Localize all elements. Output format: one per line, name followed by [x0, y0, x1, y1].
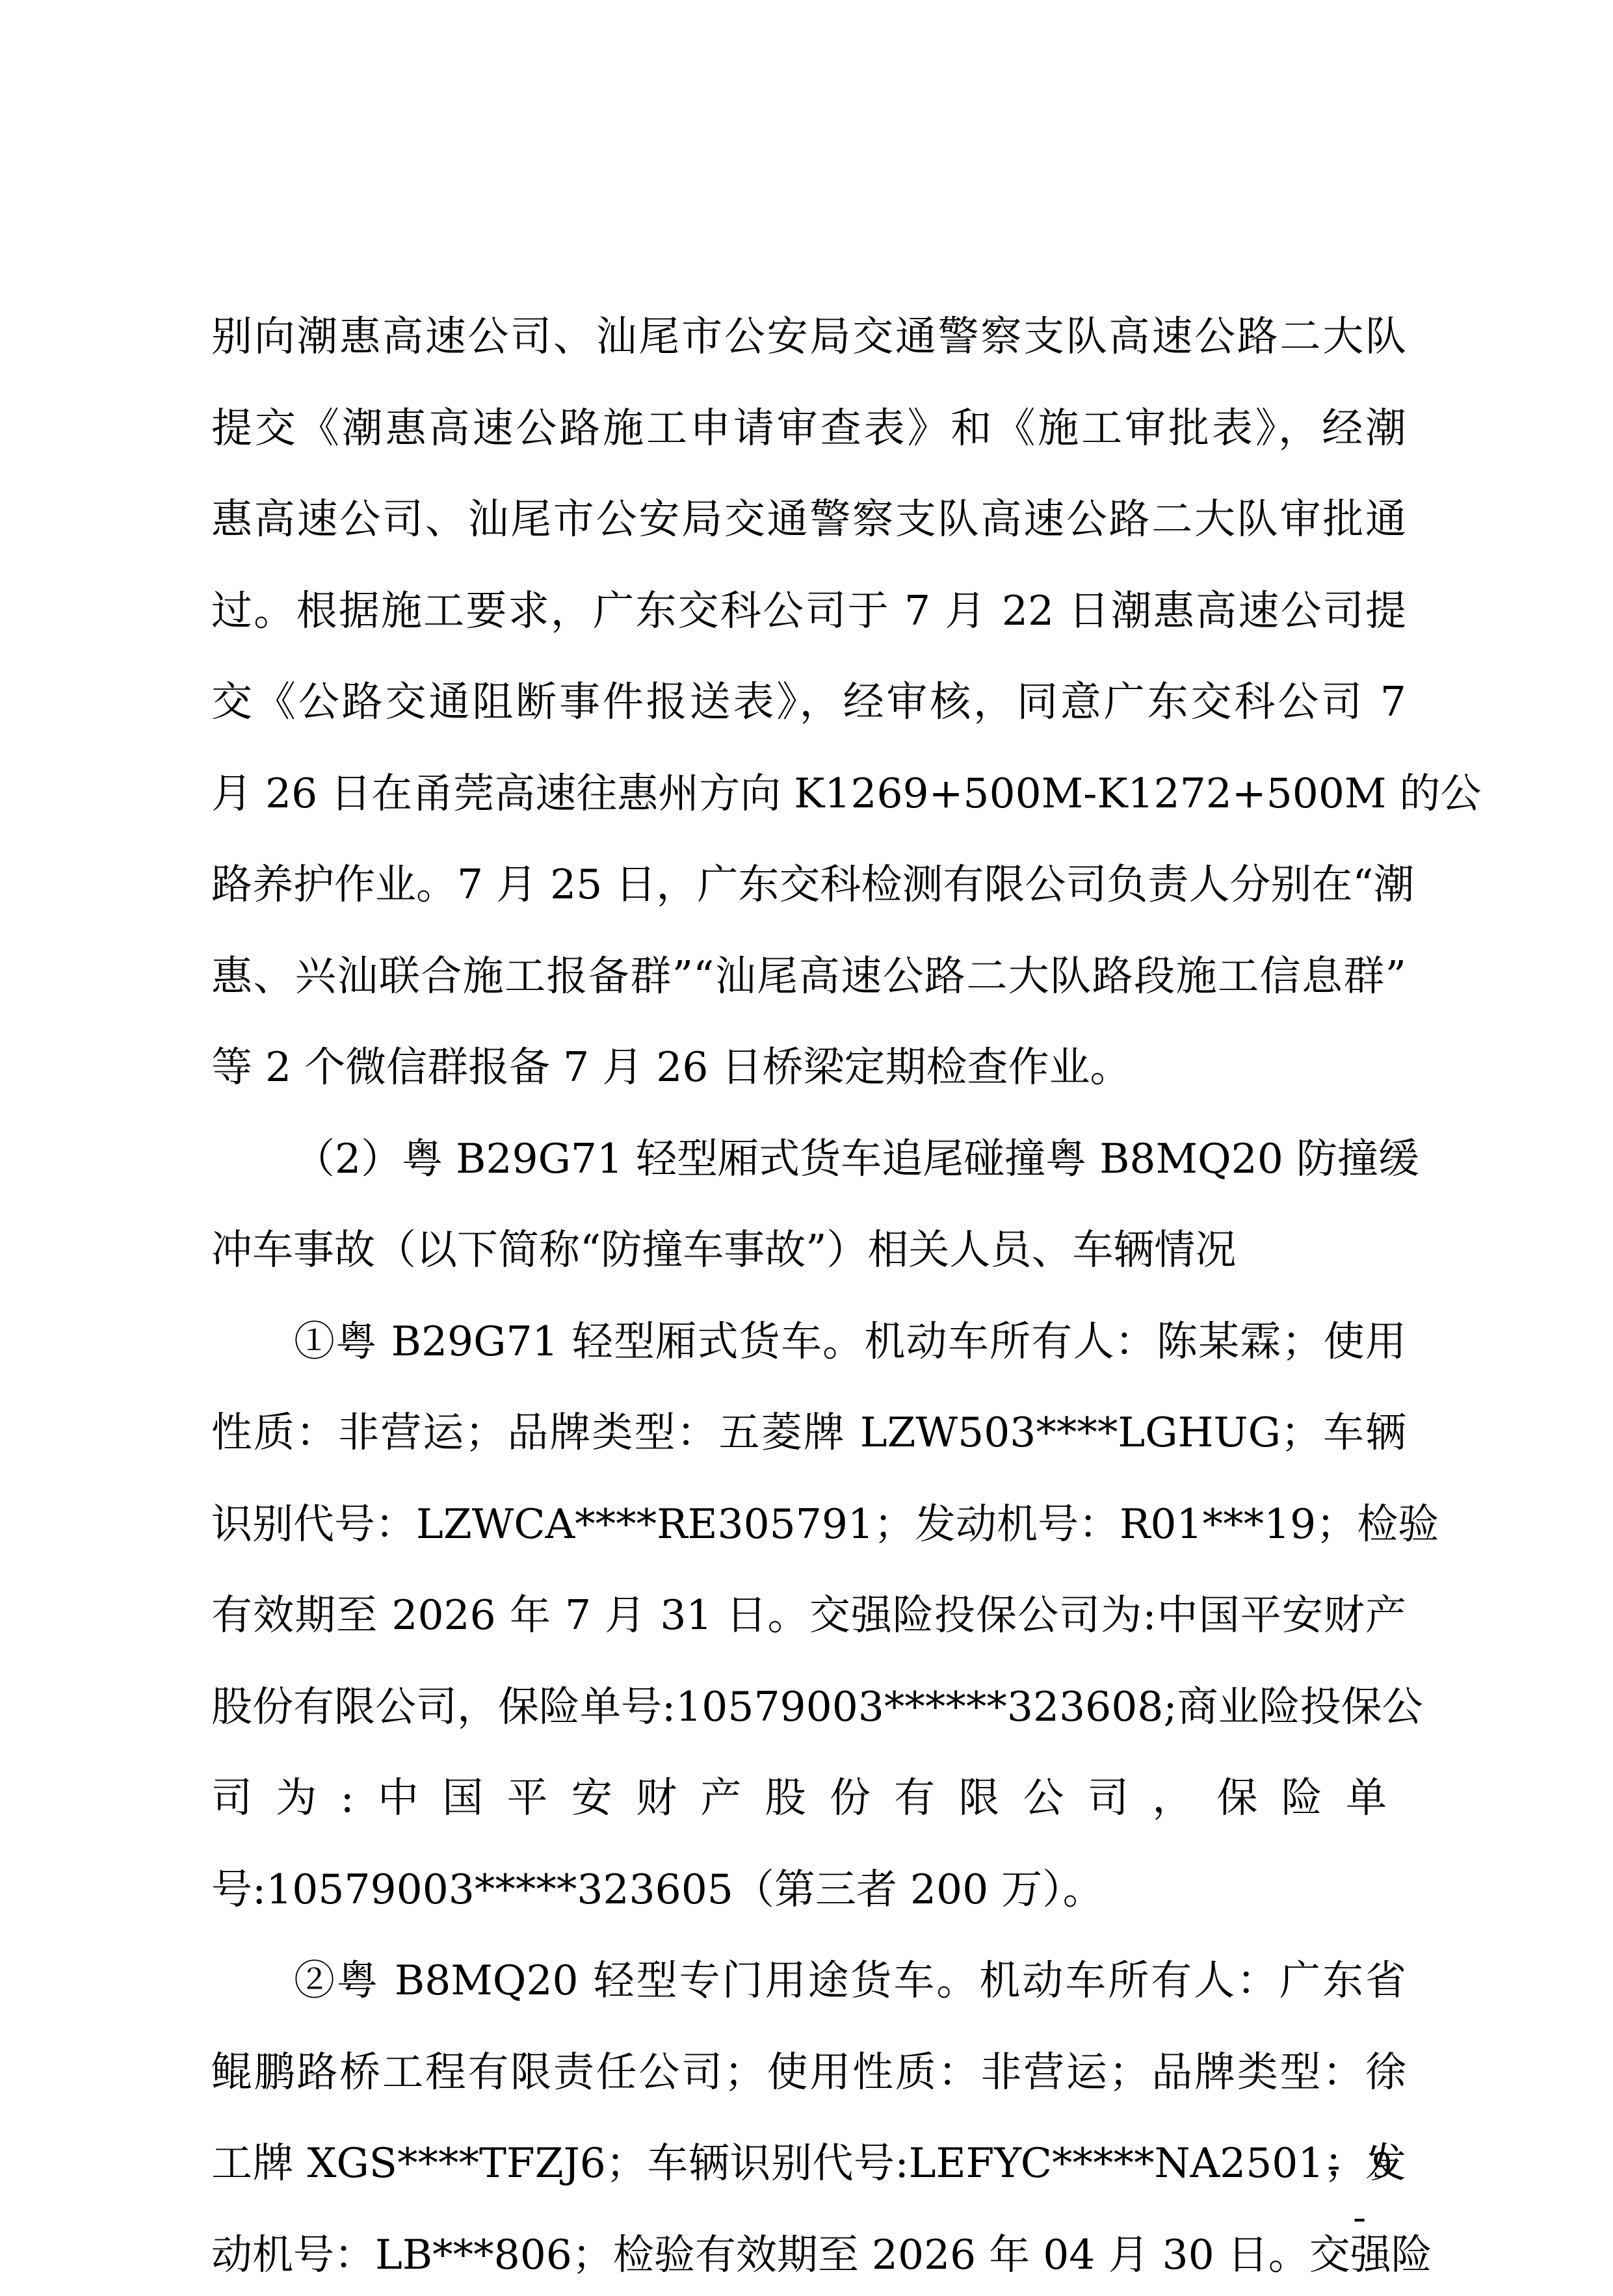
paragraph-line: 路养护作业。7 月 25 日，广东交科检测有限公司负责人分别在“潮 — [211, 839, 1406, 931]
paragraph-line: 惠、兴汕联合施工报备群”“汕尾高速公路二大队路段施工信息群” — [211, 931, 1406, 1023]
page-number: - 9 - — [1313, 2139, 1417, 2243]
vehicle-1-line: 股份有限公司，保险单号:10579003******323608;商业险投保公 — [211, 1662, 1406, 1753]
vehicle-2-line: 工牌 XGS****TFZJ6；车辆识别代号:LEFYC*****NA2501；… — [211, 2118, 1406, 2210]
vehicle-1-line: 性质：非营运；品牌类型：五菱牌 LZW503****LGHUG；车辆 — [211, 1387, 1406, 1479]
paragraph-line: 月 26 日在甬莞高速往惠州方向 K1269+500M-K1272+500M 的… — [211, 748, 1406, 840]
vehicle-2-line: 动机号：LB***806；检验有效期至 2026 年 04 月 30 日。交强险 — [211, 2210, 1406, 2296]
document-body: 别向潮惠高速公司、汕尾市公安局交通警察支队高速公路二大队 提交《潮惠高速公路施工… — [211, 291, 1406, 2296]
section-heading-line: 冲车事故（以下简称“防撞车事故”）相关人员、车辆情况 — [211, 1205, 1406, 1296]
vehicle-2-line: 鲲鹏路桥工程有限责任公司；使用性质：非营运；品牌类型：徐 — [211, 2027, 1406, 2119]
vehicle-1-line: 有效期至 2026 年 7 月 31 日。交强险投保公司为:中国平安财产 — [211, 1570, 1406, 1662]
paragraph-line: 惠高速公司、汕尾市公安局交通警察支队高速公路二大队审批通 — [211, 474, 1406, 566]
paragraph-line: 别向潮惠高速公司、汕尾市公安局交通警察支队高速公路二大队 — [211, 291, 1406, 383]
paragraph-line: 等 2 个微信群报备 7 月 26 日桥梁定期检查作业。 — [211, 1022, 1406, 1114]
vehicle-1-line: 识别代号：LZWCA****RE305791；发动机号：R01***19；检验 — [211, 1479, 1406, 1571]
vehicle-1-line: ①粤 B29G71 轻型厢式货车。机动车所有人：陈某霖；使用 — [211, 1296, 1406, 1388]
vehicle-1-line: 司为:中国平安财产股份有限公司，保险单 — [211, 1753, 1406, 1844]
paragraph-line: 交《公路交通阻断事件报送表》，经审核，同意广东交科公司 7 — [211, 657, 1406, 748]
vehicle-2-line: ②粤 B8MQ20 轻型专门用途货车。机动车所有人：广东省 — [211, 1935, 1406, 2027]
paragraph-line: 过。根据施工要求，广东交科公司于 7 月 22 日潮惠高速公司提 — [211, 566, 1406, 657]
vehicle-1-line: 号:10579003*****323605（第三者 200 万）。 — [211, 1844, 1406, 1936]
paragraph-line: 提交《潮惠高速公路施工申请审查表》和《施工审批表》，经潮 — [211, 383, 1406, 475]
document-page: 别向潮惠高速公司、汕尾市公安局交通警察支队高速公路二大队 提交《潮惠高速公路施工… — [0, 0, 1613, 2296]
section-heading-line: （2）粤 B29G71 轻型厢式货车追尾碰撞粤 B8MQ20 防撞缓 — [211, 1114, 1406, 1205]
